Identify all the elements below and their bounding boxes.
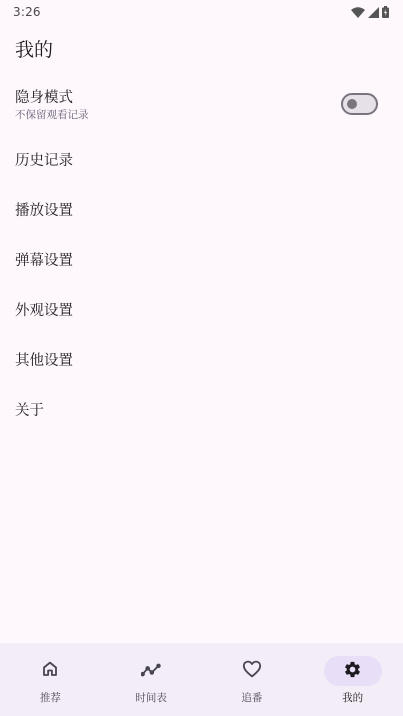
timeline-icon bbox=[141, 662, 161, 681]
nav-item-mine[interactable]: 我的 bbox=[302, 643, 403, 716]
screen: 3:26 我的 隐身模式 不保留观看记录 bbox=[0, 0, 403, 716]
cellular-signal-icon bbox=[368, 7, 379, 18]
status-bar: 3:26 bbox=[0, 0, 403, 24]
settings-item-playback[interactable]: 播放设置 bbox=[0, 184, 403, 234]
settings-item-label: 外观设置 bbox=[15, 299, 73, 320]
settings-list: 隐身模式 不保留观看记录 历史记录 播放设置 弹幕设置 外观设置 其他设置 关于 bbox=[0, 76, 403, 434]
incognito-subtitle: 不保留观看记录 bbox=[15, 108, 89, 122]
bottom-nav: 推荐 时间表 bbox=[0, 643, 403, 716]
incognito-toggle[interactable] bbox=[341, 93, 378, 115]
settings-item-label: 关于 bbox=[15, 399, 44, 420]
settings-item-about[interactable]: 关于 bbox=[0, 384, 403, 434]
nav-icon-container bbox=[21, 656, 79, 686]
settings-item-label: 其他设置 bbox=[15, 349, 73, 370]
nav-icon-container bbox=[223, 656, 281, 686]
nav-active-indicator bbox=[324, 656, 382, 686]
page-title: 我的 bbox=[15, 35, 53, 62]
settings-item-label: 弹幕设置 bbox=[15, 249, 73, 270]
incognito-title: 隐身模式 bbox=[15, 88, 89, 108]
settings-item-history[interactable]: 历史记录 bbox=[0, 134, 403, 184]
nav-item-timeline[interactable]: 时间表 bbox=[101, 643, 202, 716]
status-time: 3:26 bbox=[13, 5, 41, 19]
nav-item-following[interactable]: 追番 bbox=[202, 643, 303, 716]
incognito-text: 隐身模式 不保留观看记录 bbox=[15, 88, 89, 122]
nav-label: 推荐 bbox=[40, 690, 61, 705]
nav-label: 时间表 bbox=[135, 690, 167, 705]
battery-charging-icon bbox=[382, 6, 389, 18]
home-icon bbox=[41, 660, 59, 682]
nav-item-recommend[interactable]: 推荐 bbox=[0, 643, 101, 716]
settings-item-label: 播放设置 bbox=[15, 199, 73, 220]
heart-icon bbox=[242, 660, 262, 682]
settings-item-label: 历史记录 bbox=[15, 149, 73, 170]
incognito-mode-row[interactable]: 隐身模式 不保留观看记录 bbox=[0, 76, 403, 134]
nav-label: 我的 bbox=[342, 690, 363, 705]
nav-icon-container bbox=[122, 656, 180, 686]
settings-item-other[interactable]: 其他设置 bbox=[0, 334, 403, 384]
nav-label: 追番 bbox=[241, 690, 262, 705]
settings-item-appearance[interactable]: 外观设置 bbox=[0, 284, 403, 334]
gear-icon bbox=[343, 660, 362, 683]
status-icons bbox=[351, 6, 389, 18]
wifi-icon bbox=[351, 7, 365, 18]
settings-item-danmaku[interactable]: 弹幕设置 bbox=[0, 234, 403, 284]
toggle-thumb bbox=[347, 99, 357, 109]
